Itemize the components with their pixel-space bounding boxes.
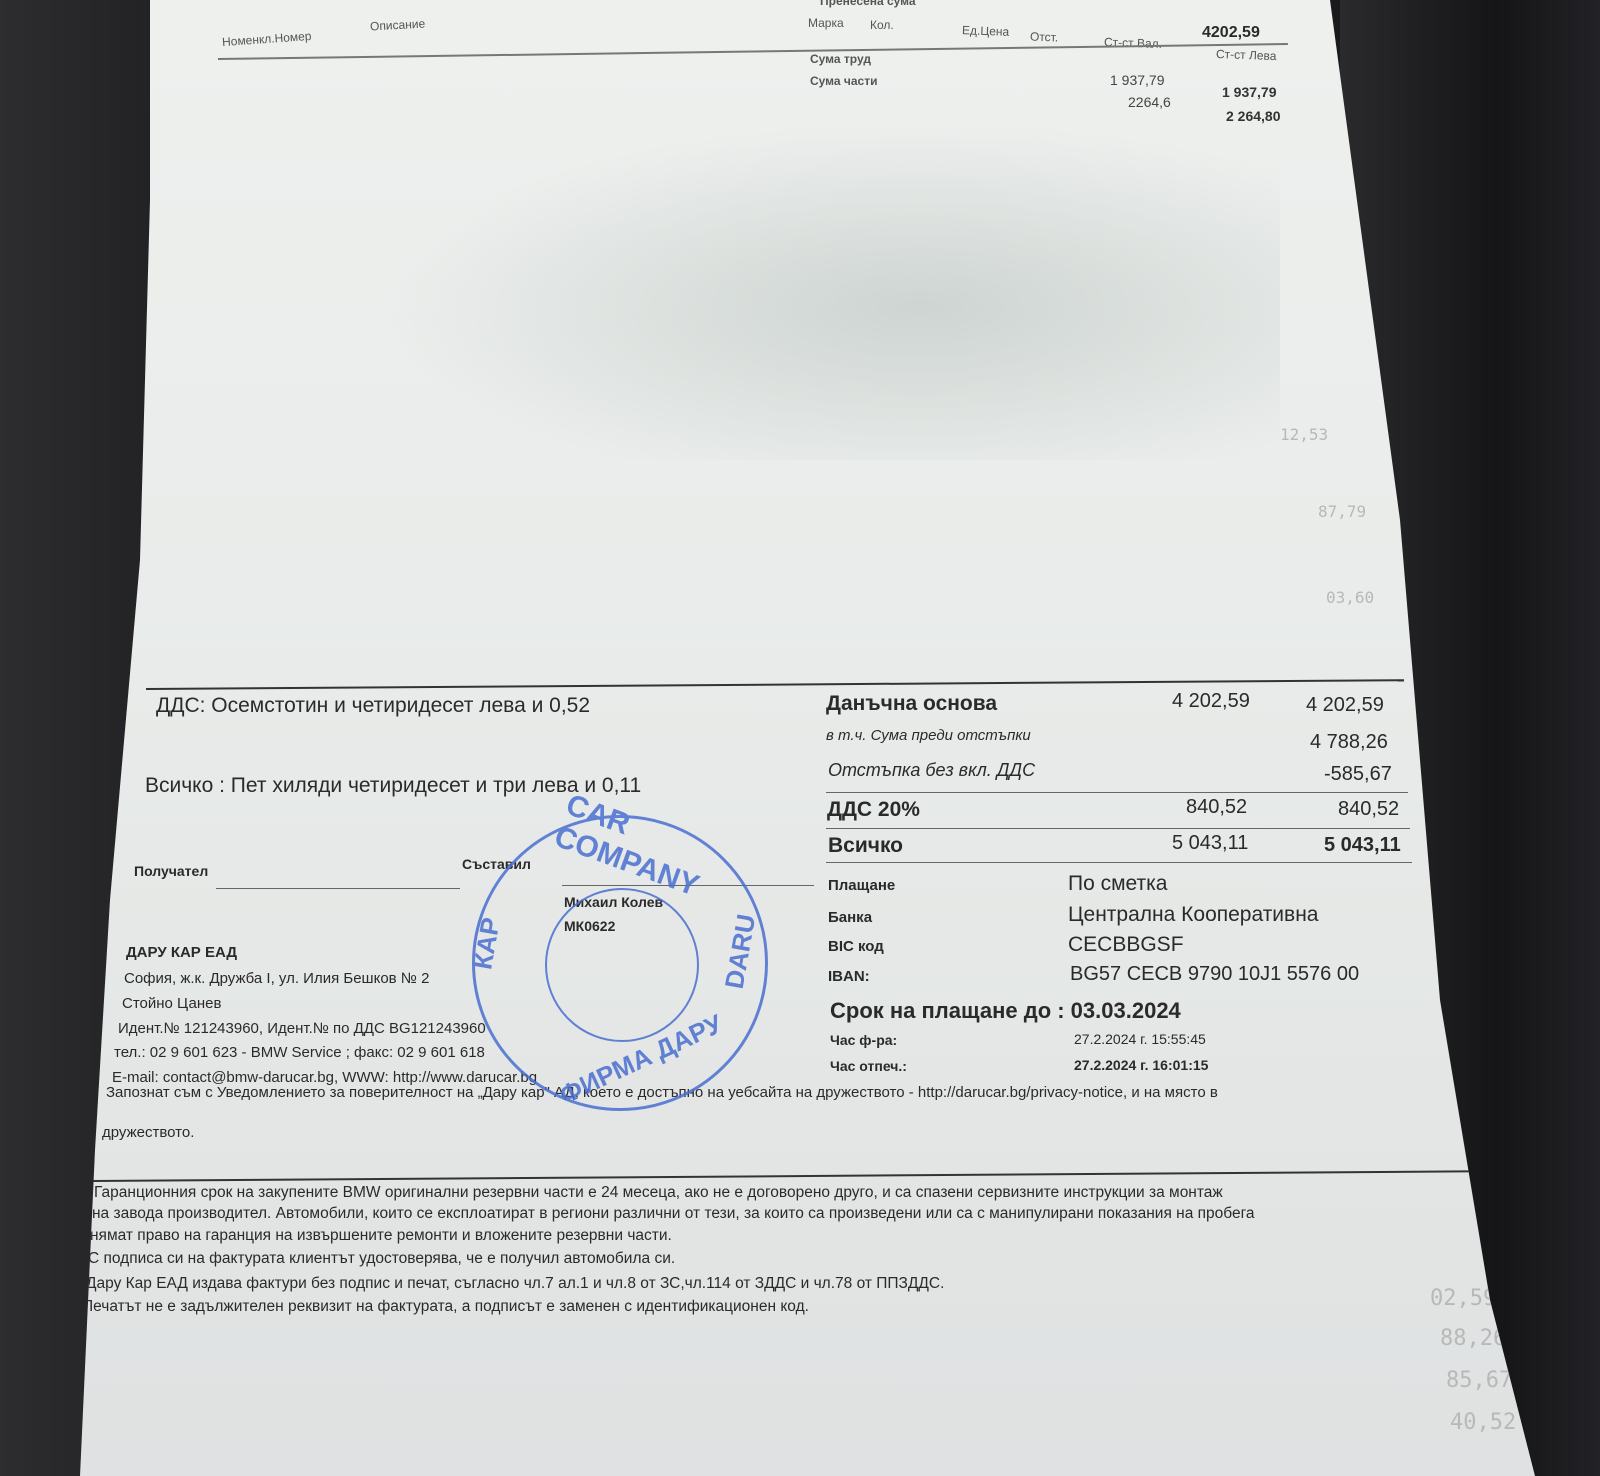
payment-method-label: Плащане [828,877,895,894]
stamp-text-right: DARU [719,912,763,991]
company-address: София, ж.к. Дружба I, ул. Илия Бешков № … [124,970,429,987]
vat-v2: 840,52 [1338,798,1399,821]
carried-label: Пренесена сума [820,0,916,8]
footer-line-1: Гаранционния срок на закупените BMW ориг… [94,1184,1223,1202]
total-v2: 5 043,11 [1324,834,1401,857]
vat-label: ДДС 20% [827,798,920,822]
bleed-number: 88,26 [1440,1326,1506,1351]
before-discount-label: в т.ч. Сума преди отстъпки [826,727,1031,744]
recipient-label: Получател [134,863,208,879]
col-brand: Марка [808,16,844,30]
bleed-number: 12,53 [1280,425,1328,444]
col-item-number: Номенкл.Номер [222,29,312,49]
col-description: Описание [370,17,426,34]
footer-line-3: нямат право на гаранция на извършените р… [90,1227,672,1245]
company-ids: Идент.№ 121243960, Идент.№ по ДДС BG1212… [118,1020,486,1037]
bic-code: CECBBGSF [1068,933,1184,957]
parts-value-currency: 2264,6 [1128,94,1171,110]
footer-rule [92,1170,1480,1182]
bic-label: BIC код [828,938,884,955]
bank-label: Банка [828,909,872,926]
bleed-number: 85,67 [1446,1368,1512,1393]
fold-shadow [380,120,1280,460]
labor-value-currency: 1 937,79 [1110,72,1165,88]
parts-value-bgn: 2 264,80 [1226,108,1281,124]
labor-sum-label: Сума труд [810,52,871,66]
vat-rule [826,792,1408,793]
print-time-label: Час отпеч.: [830,1058,907,1074]
footer-line-5: Дару Кар ЕАД издава фактури без подпис и… [86,1275,944,1293]
tax-base-label: Данъчна основа [826,692,997,716]
summary-rule [146,679,1404,690]
total-label: Всичко [828,834,903,858]
stamp-inner-ring [545,888,699,1042]
due-date: Срок на плащане до : 03.03.2024 [830,998,1181,1024]
company-name: ДАРУ КАР ЕАД [126,944,237,961]
vat-v1: 840,52 [1186,796,1247,819]
payment-rule [826,862,1412,863]
stamp-text-left: КАР [467,915,507,972]
bank-name: Централна Кооперативна [1068,903,1318,927]
header-rule [218,43,1288,60]
payment-method: По сметка [1068,872,1167,896]
total-rule [826,828,1410,829]
footer-line-6: Печатът не е задължителен реквизит на фа… [82,1298,809,1316]
privacy-line-2: дружеството. [102,1124,194,1141]
before-discount-value: 4 788,26 [1310,731,1388,754]
footer-line-4: С подписа си на фактурата клиентът удост… [88,1250,675,1268]
discount-value: -585,67 [1324,763,1392,786]
parts-sum-label: Сума части [810,74,877,88]
discount-label: Отстъпка без вкл. ДДС [828,760,1035,781]
tax-base-v1: 4 202,59 [1172,690,1250,713]
col-qty: Кол. [870,18,894,32]
iban: BG57 CECB 9790 10J1 5576 00 [1070,963,1359,986]
company-phones: тел.: 02 9 601 623 - BMW Service ; факс:… [114,1044,485,1061]
col-value-bgn: Ст-ст Лева [1216,47,1277,63]
recipient-signature-line [216,888,460,889]
footer-line-2: на завода производител. Автомобили, коит… [92,1205,1255,1223]
labor-value-bgn: 1 937,79 [1222,84,1277,100]
tax-base-v2: 4 202,59 [1306,694,1384,717]
bleed-number: 03,60 [1326,588,1374,607]
bleed-number: 02,59 [1430,1286,1496,1311]
col-value-currency: Ст-ст Вал. [1104,35,1162,51]
invoice-time-label: Час ф-ра: [830,1032,897,1048]
bleed-number: 87,79 [1318,502,1366,521]
print-time: 27.2.2024 г. 16:01:15 [1074,1057,1208,1073]
vat-in-words: ДДС: Осемстотин и четиридесет лева и 0,5… [156,694,590,718]
invoice-time: 27.2.2024 г. 15:55:45 [1074,1031,1206,1047]
iban-label: IBAN: [828,968,870,985]
total-v1: 5 043,11 [1172,832,1248,855]
col-unit-price: Ед.Цена [962,23,1010,39]
carried-total: 4202,59 [1202,24,1260,42]
company-person: Стойно Цанев [122,995,221,1012]
bleed-number: 40,52 [1450,1410,1516,1435]
col-discount: Отст. [1030,30,1059,45]
company-stamp: CAR COMPANY DARU ФИРМА ДАРУ КАР [472,815,768,1111]
total-in-words: Всичко : Пет хиляди четиридесет и три ле… [145,774,641,798]
